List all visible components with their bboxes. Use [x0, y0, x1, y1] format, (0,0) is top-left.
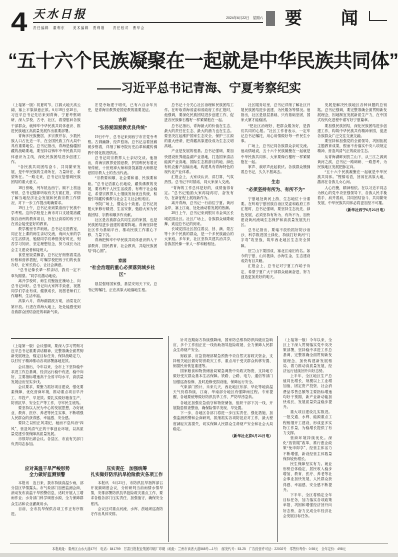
bottom-section: （上接第一版）会议强调，要深入学习贯彻习近平总书记重要讲话精神，完整准确全面贯彻… [11, 336, 387, 542]
short-articles-row: 应对高温干旱严峻形势 全力做好监测预警 本报讯 连日来，我市持续高温少雨，部分县… [11, 465, 163, 542]
editors-line: 责任编辑 董利东 美术编辑 贾利刚 责任校对 曹华会 [33, 25, 263, 30]
short-article-drought: 应对高温干旱严峻形势 全力做好监测预警 本报讯 连日来，我市持续高温少雨，部分县… [11, 465, 84, 542]
divider-rule [11, 338, 163, 339]
dateline: 2024年6月22日 星期六 [226, 15, 263, 20]
bottom-middle-column: 针对近期南方持续强降雨，国家防总维持防汛四级应急响应，多个工作组正在一线协助指导… [168, 336, 278, 542]
footer-colophon: 本报地址：秦州区山水大道47号 电话：841799 甘肃日报报业集团印刷厂印刷（… [10, 543, 388, 552]
article-column-2: 宏觉寺始建于明代，已有六百余年历史，是青海宗教界爱国爱教的重要见证。 古刹 “弘… [88, 103, 158, 331]
article-column-1: （上接第一版）初夏时节，江源大地天高云阔，塞上平原绿意正浓。6月18日至20日，… [11, 103, 81, 331]
short-article-title: 压实责任 加强统筹 扎实做好防汛抗旱抢险救灾各项工作 [91, 466, 164, 478]
section-title: 要 闻 [285, 11, 369, 28]
newspaper-page: 4 天水日报 2024年6月22日 星期六 责任编辑 董利东 美术编辑 贾利刚 … [0, 0, 398, 542]
masthead-rule: 天水日报 2024年6月22日 星期六 [33, 9, 263, 23]
paper-name-logo: 天水日报 [33, 9, 87, 21]
xinhua-signature: （新华社北京6月21日电） [173, 434, 273, 439]
lead-article-columns: （上接第一版）初夏时节，江源大地天高云阔，塞上平原绿意正浓。6月18日至20日，… [11, 103, 387, 331]
lead-article: “五十六个民族凝聚在一起就是中华民族共同体” ——习近平总书记青海、宁夏考察纪实… [11, 51, 387, 331]
article-column-4: 社区服务站里，总书记详细了解社区开展民族团结进步创建、为民服务等情况。他指出，社… [241, 103, 311, 331]
continued-article-left: （上接第一版）会议强调，要深入学习贯彻习近平总书记重要讲话精神，完整准确全面贯彻… [11, 344, 163, 460]
lead-subtitle: ——习近平总书记青海、宁夏考察纪实 [11, 79, 387, 96]
section-rule-tail [369, 11, 387, 21]
masthead-brand: 天水日报 2024年6月22日 星期六 责任编辑 董利东 美术编辑 贾利刚 责任… [33, 9, 263, 30]
masthead: 4 天水日报 2024年6月22日 星期六 责任编辑 董利东 美术编辑 贾利刚 … [11, 6, 387, 43]
page-bottom-band [0, 553, 398, 557]
section-marker-box [266, 11, 275, 26]
crosshead-temple: 古刹 “弘扬爱国爱教优良传统” [88, 117, 158, 131]
xinhua-signature: （新华社西宁6月21日电） [317, 208, 387, 213]
article-column-3: 总书记十分关心社区治理和民族团结工作。在听取青海省委和省政府工作汇报时，他强调，… [164, 103, 234, 331]
lead-headline: “五十六个民族凝聚在一起就是中华民族共同体” [8, 51, 390, 73]
crosshead-ecology: 生态 “必须坚持有所为、有所不为” [241, 179, 311, 193]
crosshead-community: 家园 “社会治理的重心必须落到城乡社区” [88, 258, 158, 278]
short-article-flood-control: 压实责任 加强统筹 扎实做好防汛抗旱抢险救灾各项工作 本报讯 6月21日，市防汛… [91, 465, 164, 542]
continued-article-right: （上接第一版）今年以来，全区上下深入贯彻落实党中央决策部署，坚持稳中求进工作总基… [283, 336, 387, 540]
bottom-left-block: （上接第一版）会议强调，要深入学习贯彻习近平总书记重要讲话精神，完整准确全面贯彻… [11, 336, 163, 542]
short-article-title: 应对高温干旱严峻形势 全力做好监测预警 [11, 466, 84, 478]
article-column-5: 发展是解决民族地区各种问题的总钥匙。总书记强调，要完整准确全面贯彻新发展理念，因… [317, 103, 387, 331]
page-number: 4 [11, 9, 27, 36]
